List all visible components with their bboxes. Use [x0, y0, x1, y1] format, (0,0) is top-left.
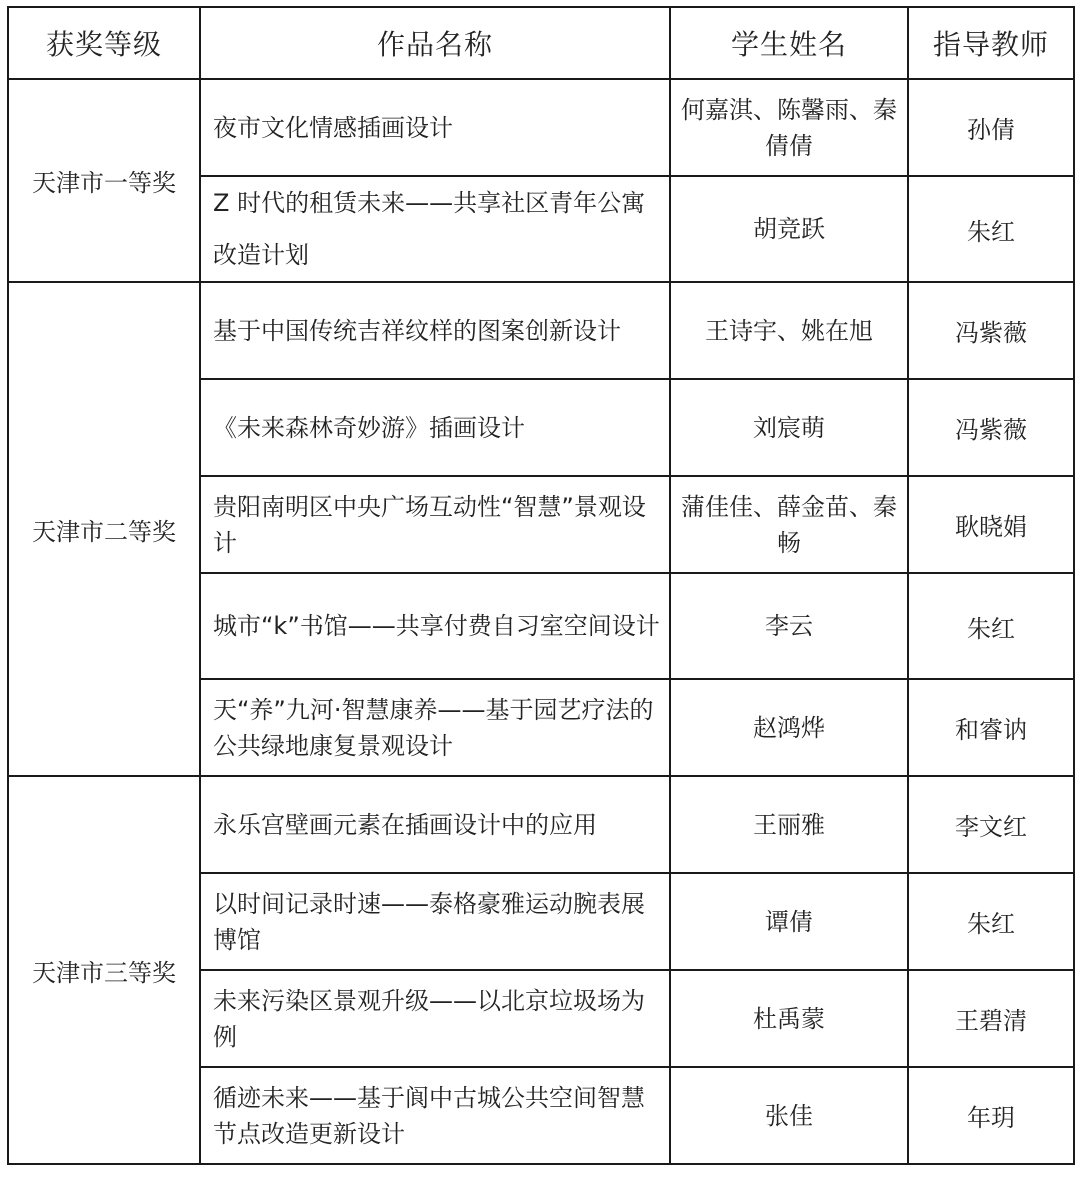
work-title-cell: 未来污染区景观升级——以北京垃圾场为例 — [200, 970, 670, 1067]
student-names-cell: 王诗宇、姚在旭 — [670, 282, 908, 379]
advisor-cell: 李文红 — [908, 776, 1074, 873]
header-award-level: 获奖等级 — [8, 7, 200, 79]
table-row: 天津市一等奖 夜市文化情感插画设计 何嘉淇、陈馨雨、秦倩倩 孙倩 — [8, 79, 1074, 176]
advisor-cell: 耿晓娟 — [908, 476, 1074, 573]
advisor-cell: 冯紫薇 — [908, 282, 1074, 379]
student-names-cell: 刘宸萌 — [670, 379, 908, 476]
student-names-cell: 李云 — [670, 573, 908, 679]
work-title-cell: 循迹未来——基于阆中古城公共空间智慧节点改造更新设计 — [200, 1067, 670, 1164]
advisor-cell: 王碧清 — [908, 970, 1074, 1067]
work-title-cell: 城市“k”书馆——共享付费自习室空间设计 — [200, 573, 670, 679]
student-names-cell: 蒲佳佳、薛金苗、秦畅 — [670, 476, 908, 573]
advisor-cell: 朱红 — [908, 873, 1074, 970]
table-row: 天津市二等奖 基于中国传统吉祥纹样的图案创新设计 王诗宇、姚在旭 冯紫薇 — [8, 282, 1074, 379]
advisor-cell: 朱红 — [908, 176, 1074, 282]
awards-table: 获奖等级 作品名称 学生姓名 指导教师 天津市一等奖 夜市文化情感插画设计 何嘉… — [7, 6, 1075, 1165]
advisor-cell: 朱红 — [908, 573, 1074, 679]
award-level-cell: 天津市二等奖 — [8, 282, 200, 776]
advisor-cell: 年玥 — [908, 1067, 1074, 1164]
header-advisor: 指导教师 — [908, 7, 1074, 79]
header-work-title: 作品名称 — [200, 7, 670, 79]
work-title-cell: 《未来森林奇妙游》插画设计 — [200, 379, 670, 476]
student-names-cell: 谭倩 — [670, 873, 908, 970]
student-names-cell: 杜禹蒙 — [670, 970, 908, 1067]
work-title-cell: 永乐宫壁画元素在插画设计中的应用 — [200, 776, 670, 873]
work-title-cell: 基于中国传统吉祥纹样的图案创新设计 — [200, 282, 670, 379]
student-names-cell: 王丽雅 — [670, 776, 908, 873]
student-names-cell: 胡竞跃 — [670, 176, 908, 282]
student-names-cell: 赵鸿烨 — [670, 679, 908, 776]
header-student-names: 学生姓名 — [670, 7, 908, 79]
award-level-cell: 天津市三等奖 — [8, 776, 200, 1164]
work-title-cell: 贵阳南明区中央广场互动性“智慧”景观设计 — [200, 476, 670, 573]
student-names-cell: 何嘉淇、陈馨雨、秦倩倩 — [670, 79, 908, 176]
advisor-cell: 和睿讷 — [908, 679, 1074, 776]
award-level-cell: 天津市一等奖 — [8, 79, 200, 282]
work-title-cell: 天“养”九河·智慧康养——基于园艺疗法的公共绿地康复景观设计 — [200, 679, 670, 776]
student-names-cell: 张佳 — [670, 1067, 908, 1164]
header-row: 获奖等级 作品名称 学生姓名 指导教师 — [8, 7, 1074, 79]
work-title-cell: 以时间记录时速——泰格豪雅运动腕表展博馆 — [200, 873, 670, 970]
table-row: 天津市三等奖 永乐宫壁画元素在插画设计中的应用 王丽雅 李文红 — [8, 776, 1074, 873]
work-title-cell: 夜市文化情感插画设计 — [200, 79, 670, 176]
advisor-cell: 孙倩 — [908, 79, 1074, 176]
work-title-cell: Z 时代的租赁未来——共享社区青年公寓改造计划 — [200, 176, 670, 282]
advisor-cell: 冯紫薇 — [908, 379, 1074, 476]
